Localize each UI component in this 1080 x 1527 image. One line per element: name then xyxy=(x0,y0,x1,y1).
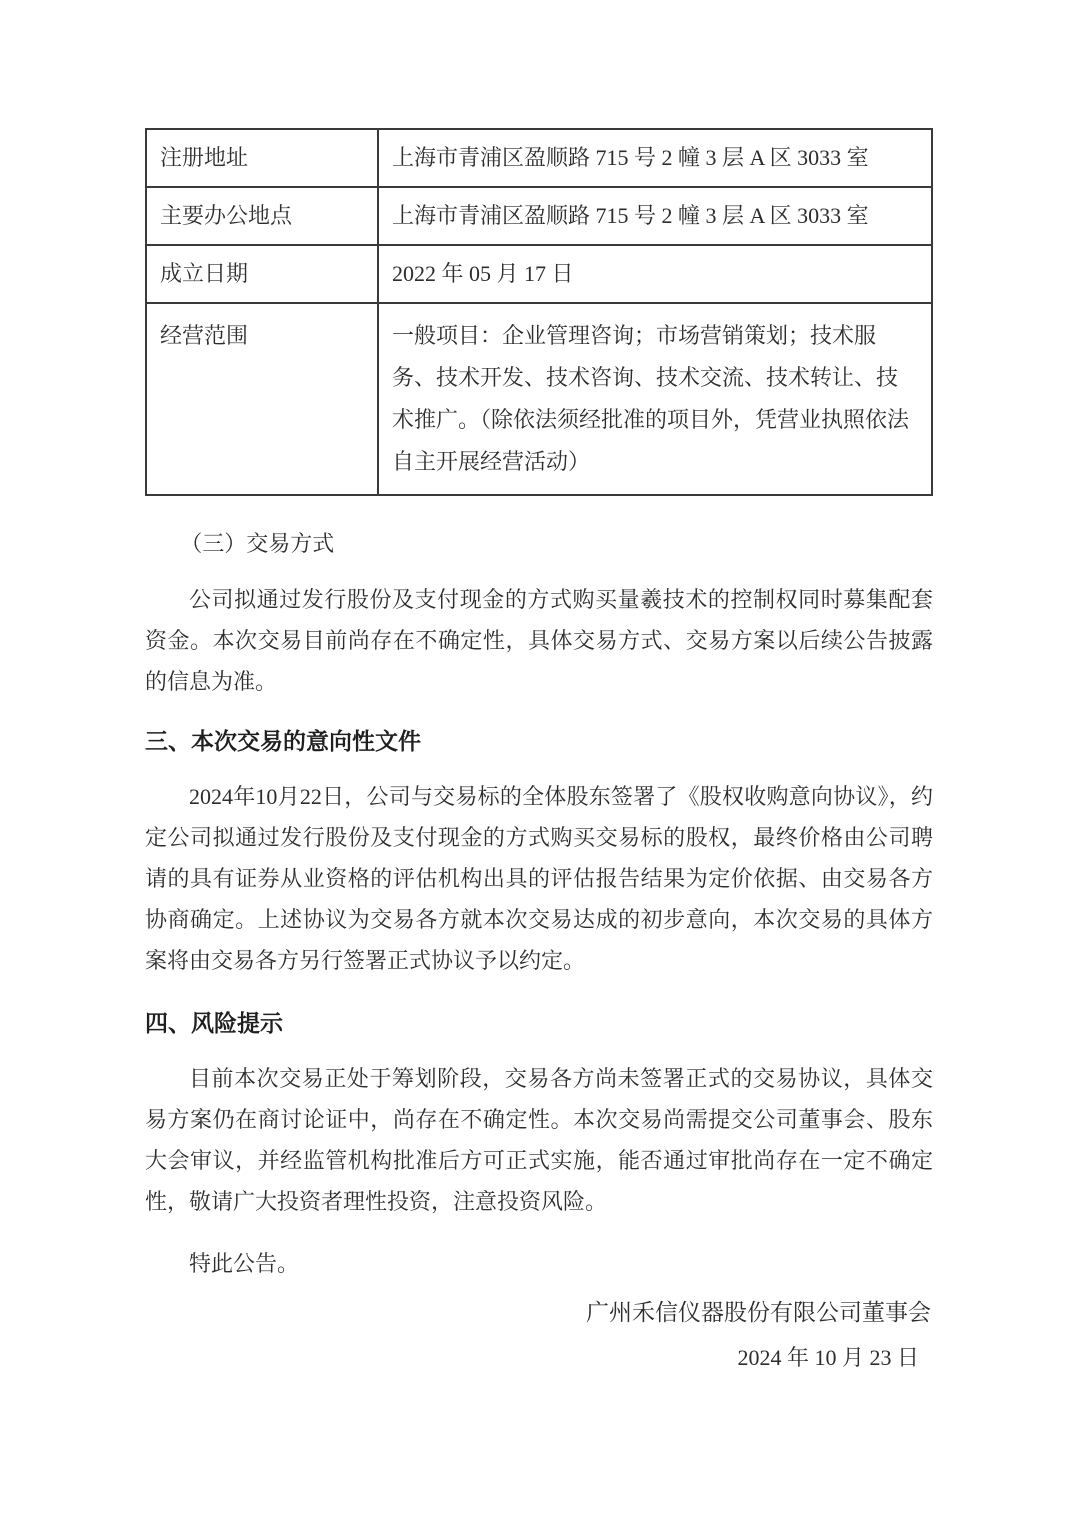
table-label: 经营范围 xyxy=(146,303,378,495)
announcement-date: 2024 年 10 月 23 日 xyxy=(145,1337,933,1378)
announcement-page: 注册地址 上海市青浦区盈顺路 715 号 2 幢 3 层 A 区 3033 室 … xyxy=(0,0,1080,1527)
company-info-table: 注册地址 上海市青浦区盈顺路 715 号 2 幢 3 层 A 区 3033 室 … xyxy=(145,128,933,496)
board-signature: 广州禾信仪器股份有限公司董事会 xyxy=(145,1292,933,1333)
table-row-establish-date: 成立日期 2022 年 05 月 17 日 xyxy=(146,245,932,303)
table-value: 上海市青浦区盈顺路 715 号 2 幢 3 层 A 区 3033 室 xyxy=(378,187,932,245)
closing-statement: 特此公告。 xyxy=(145,1243,933,1284)
paragraph-risk-notice: 目前本次交易正处于筹划阶段，交易各方尚未签署正式的交易协议，具体交易方案仍在商讨… xyxy=(145,1058,933,1222)
section-heading-intent-documents: 三、本次交易的意向性文件 xyxy=(145,721,933,762)
table-value: 一般项目：企业管理咨询；市场营销策划；技术服务、技术开发、技术咨询、技术交流、技… xyxy=(378,303,932,495)
table-label: 主要办公地点 xyxy=(146,187,378,245)
section-heading-risk-notice: 四、风险提示 xyxy=(145,1003,933,1044)
table-value: 上海市青浦区盈顺路 715 号 2 幢 3 层 A 区 3033 室 xyxy=(378,129,932,187)
paragraph-intent-documents: 2024年10月22日，公司与交易标的全体股东签署了《股权收购意向协议》，约定公… xyxy=(145,776,933,981)
table-value: 2022 年 05 月 17 日 xyxy=(378,245,932,303)
table-label: 注册地址 xyxy=(146,129,378,187)
table-label: 成立日期 xyxy=(146,245,378,303)
paragraph-transaction-method: 公司拟通过发行股份及支付现金的方式购买量羲技术的控制权同时募集配套资金。本次交易… xyxy=(145,579,933,702)
subsection-heading-transaction-method: （三）交易方式 xyxy=(145,523,933,564)
table-row-registered-address: 注册地址 上海市青浦区盈顺路 715 号 2 幢 3 层 A 区 3033 室 xyxy=(146,129,932,187)
table-row-business-scope: 经营范围 一般项目：企业管理咨询；市场营销策划；技术服务、技术开发、技术咨询、技… xyxy=(146,303,932,495)
table-row-main-office: 主要办公地点 上海市青浦区盈顺路 715 号 2 幢 3 层 A 区 3033 … xyxy=(146,187,932,245)
